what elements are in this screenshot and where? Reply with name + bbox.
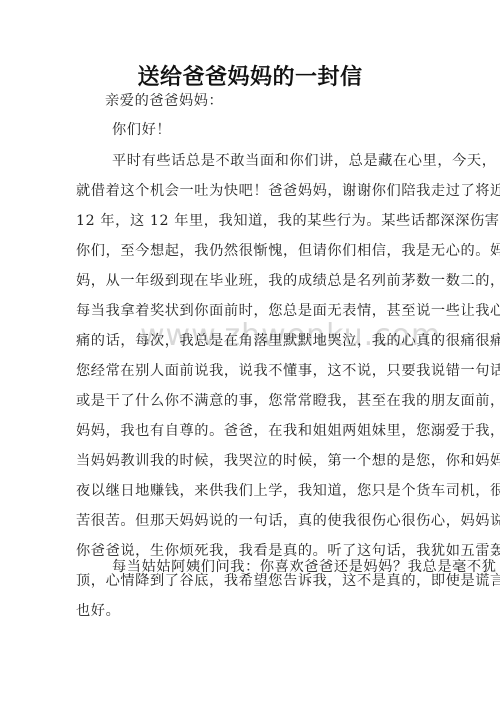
body-line: 当妈妈教训我的时候，我哭泣的时候，第一个想的是您，你和妈妈 xyxy=(76,452,426,470)
body-line: 妈妈，我也有自尊的。爸爸，在我和姐姐两姐妹里，您溺爱于我， xyxy=(76,422,426,440)
body-line: 或是干了什么你不满意的事，您常常瞪我，甚至在我的朋友面前， xyxy=(76,392,426,410)
body-line: 平时有些话总是不敢当面和你们讲，总是藏在心里，今天， xyxy=(112,152,462,170)
body-line: 就借着这个机会一吐为快吧！爸爸妈妈，谢谢你们陪我走过了将近 xyxy=(76,182,426,200)
body-line: 每当我拿着奖状到你面前时，您总是面无表情，甚至说一些让我心 xyxy=(76,302,426,320)
body-line: 苦很苦。但那天妈妈说的一句话，真的使我很伤心很伤心，妈妈说： xyxy=(76,512,426,530)
salutation: 亲爱的爸爸妈妈： xyxy=(105,92,455,110)
body-line: 妈，从一年级到现在毕业班，我的成绩总是名列前茅数一数二的， xyxy=(76,272,426,290)
body-line: 痛的话，每次，我总是在角落里默默地哭泣，我的心真的很痛很痛。 xyxy=(76,332,426,350)
document-title: 送给爸爸妈妈的一封信 xyxy=(0,60,500,91)
greeting: 你们好！ xyxy=(112,121,462,139)
body-line: 你们，至今想起，我仍然很惭愧，但请你们相信，我是无心的。妈 xyxy=(76,242,426,260)
body-line: 也好。 xyxy=(76,602,426,620)
body-line: 夜以继日地赚钱，来供我们上学，我知道，您只是个货车司机，很 xyxy=(76,482,426,500)
body-line: 每当姑姑阿姨们问我：你喜欢爸爸还是妈妈？我总是毫不犹 xyxy=(112,558,462,576)
body-line: 您经常在别人面前说我，说我不懂事，这不说，只要我说错一句话， xyxy=(76,362,426,380)
body-line: 12 年，这 12 年里，我知道，我的某些行为。某些话都深深伤害了 xyxy=(76,212,426,230)
